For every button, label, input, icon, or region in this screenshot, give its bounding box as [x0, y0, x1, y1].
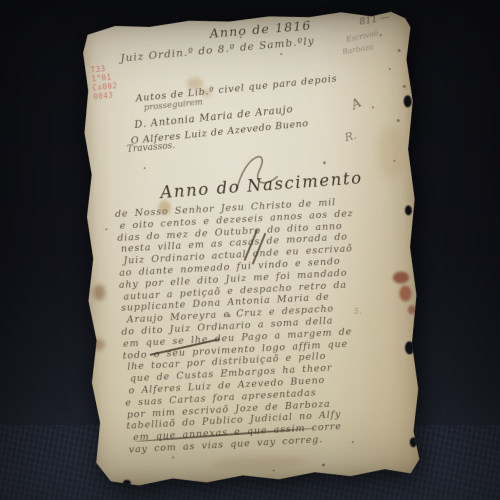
edge-tear [404, 95, 412, 107]
stamp-line: 0043 [93, 90, 119, 101]
plaintiff-margin-mark: A [349, 96, 364, 114]
paper-speckles [380, 34, 382, 36]
case-title-line-1: Autos de Lib.º civel que para depois [135, 73, 338, 104]
edge-tear [84, 249, 90, 259]
right-edge-discoloration [376, 125, 406, 180]
defendant-margin-mark: R. [343, 129, 358, 144]
edge-tear [369, 8, 379, 14]
manuscript-page: Anno de 1816 Juiz Ordin.º do 8.º de Samb… [79, 9, 425, 489]
edge-tear [405, 205, 412, 215]
corner-note-2: Barboza [342, 42, 374, 56]
edge-tear [87, 327, 92, 335]
archival-reference-stamp: T33 1°01 Cx002 0043 [90, 63, 119, 101]
edge-tear [405, 341, 414, 354]
edge-tear [91, 409, 96, 416]
red-brown-stain [393, 271, 409, 283]
edge-tear [123, 480, 131, 486]
body-text-block: de Nosso Senhor Jesu Christo de mil e oi… [115, 196, 366, 456]
aged-paper-sheet: Anno de 1816 Juiz Ordin.º do 8.º de Samb… [79, 9, 425, 489]
folio-number: 811 — [359, 12, 391, 28]
bottom-stain [210, 454, 306, 471]
red-brown-stain [408, 305, 416, 314]
edge-tear [410, 437, 417, 447]
corner-note-1: Escrivaõ [345, 28, 379, 43]
edge-stain [93, 284, 105, 300]
red-brown-stain [399, 285, 411, 301]
edge-stain [91, 338, 105, 350]
